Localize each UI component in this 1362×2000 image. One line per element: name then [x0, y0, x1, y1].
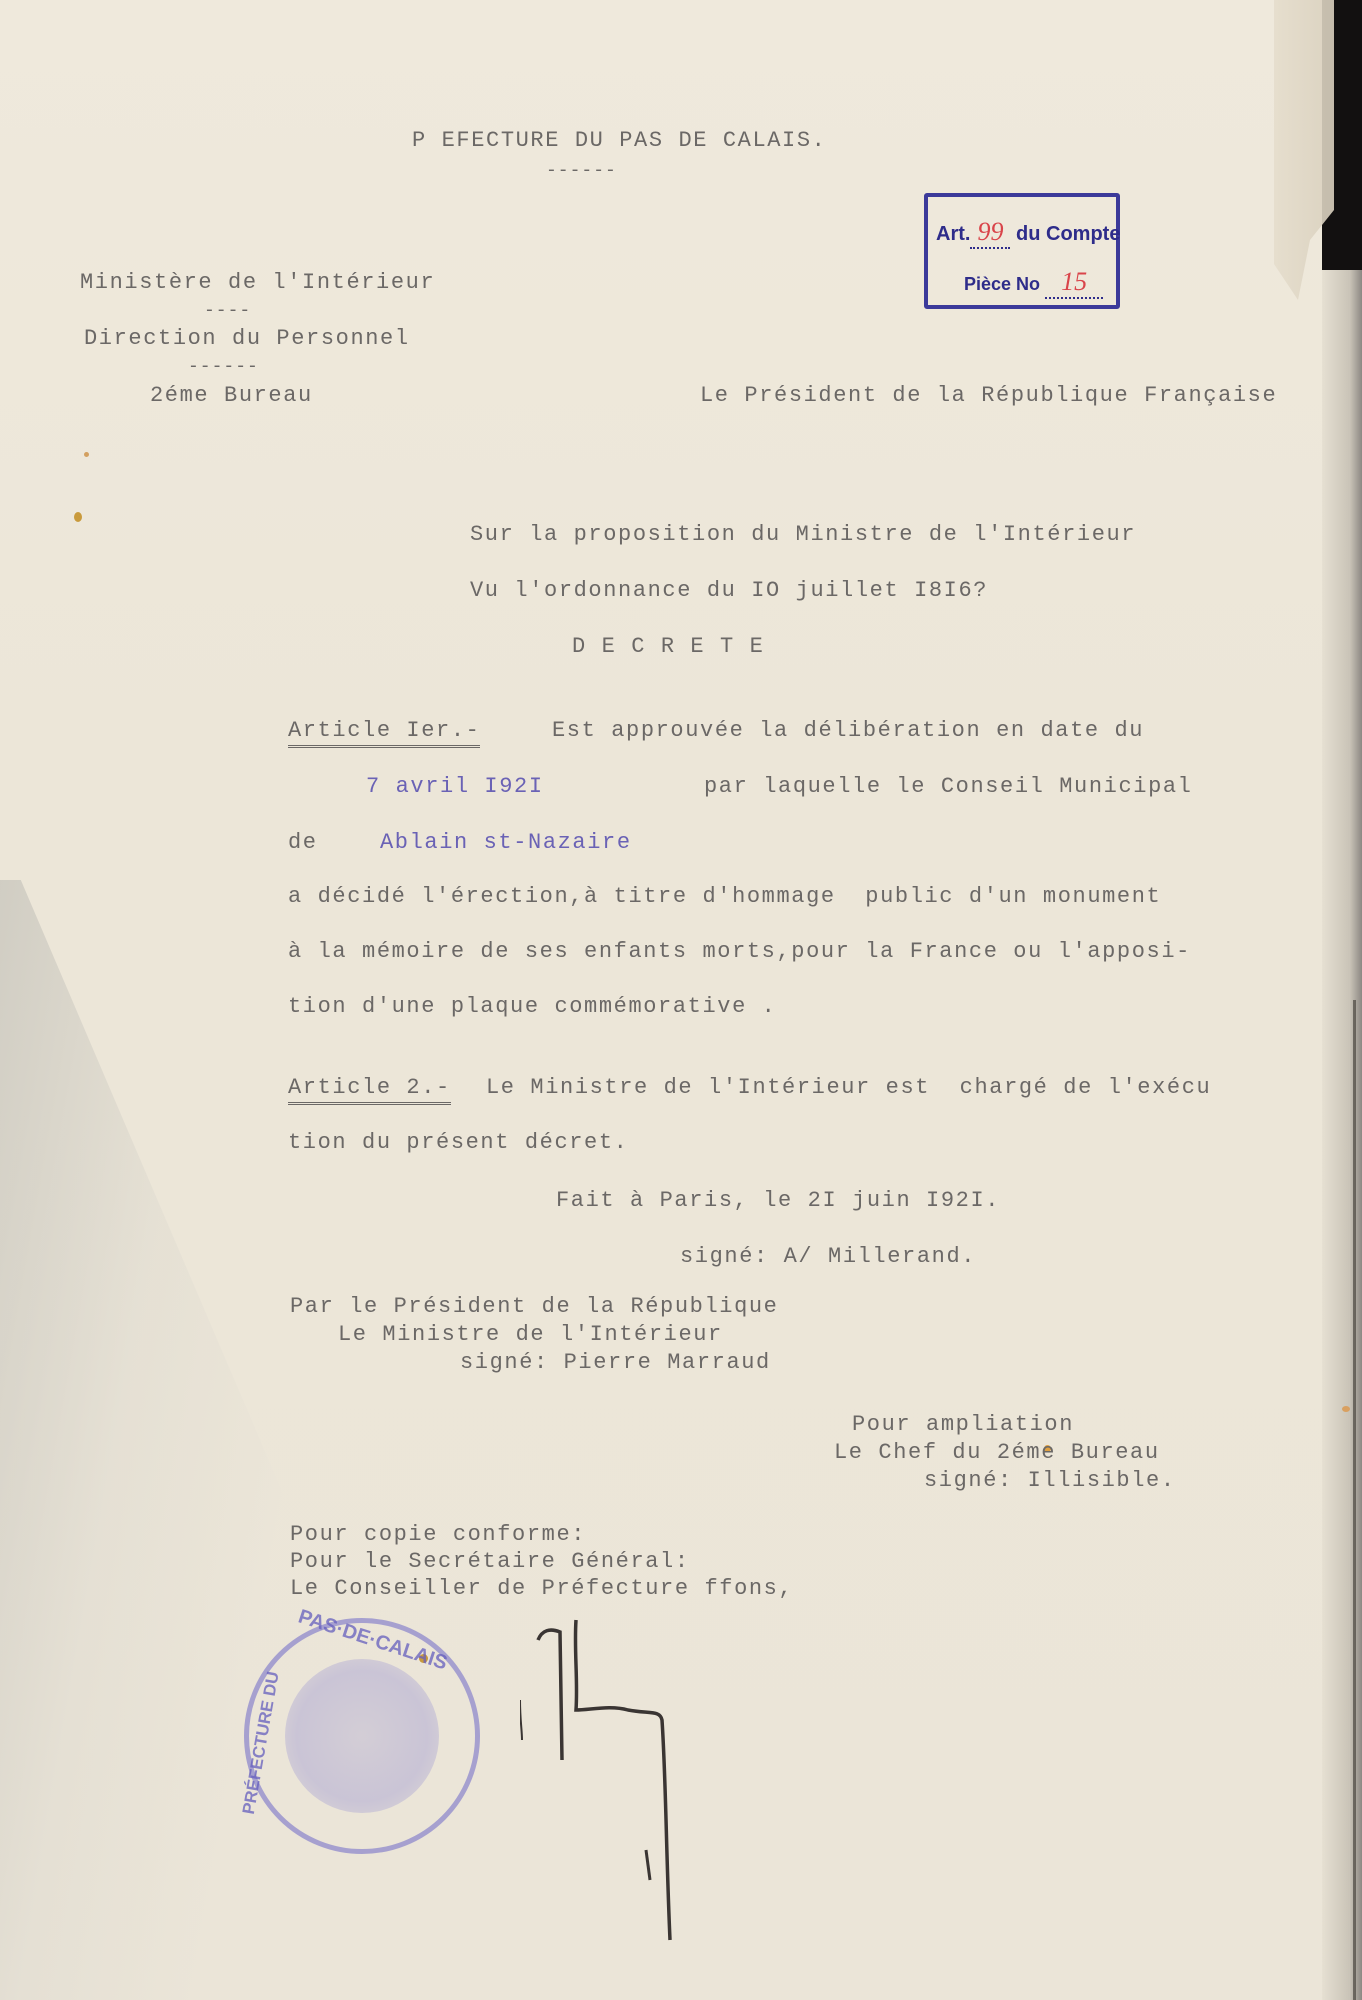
prefecture-title: P EFECTURE DU PAS DE CALAIS.	[412, 128, 826, 154]
article2-label: Article 2.-	[288, 1075, 451, 1105]
ampliation-line2: Le Chef du 2éme Bureau	[834, 1440, 1160, 1466]
stamp-piece-row: Pièce No 15	[964, 267, 1103, 299]
article2-text: Le Ministre de l'Intérieur est chargé de…	[486, 1075, 1211, 1101]
article1-line4: a décidé l'érection,à titre d'hommage pu…	[288, 884, 1161, 910]
title-rule: ------	[546, 158, 617, 184]
stamp-du-compte-label: du Compte	[1016, 223, 1120, 245]
article2-line2: tion du présent décret.	[288, 1130, 628, 1156]
bureau-name: 2éme Bureau	[150, 383, 313, 409]
countersign-line2: Le Ministre de l'Intérieur	[338, 1322, 723, 1348]
seal-emblem	[285, 1659, 439, 1813]
handwritten-signature	[520, 1610, 700, 1970]
ampliation-line3: signé: Illisible.	[924, 1468, 1176, 1494]
right-edge-shadow	[1353, 1000, 1356, 2000]
certification-line2: Pour le Secrétaire Général:	[290, 1549, 690, 1575]
right-edge-strip	[1322, 270, 1362, 2000]
stamp-art-value: 99	[977, 217, 1003, 246]
prefecture-seal-stamp: PAS·DE·CALAIS PRÉFECTURE DU	[244, 1618, 480, 1854]
place-date: Fait à Paris, le 2I juin I92I.	[556, 1188, 1000, 1214]
article1-line5: à la mémoire de ses enfants morts,pour l…	[288, 939, 1191, 965]
president-heading: Le Président de la République Française	[700, 383, 1277, 409]
document-page: P EFECTURE DU PAS DE CALAIS. ------ Art.…	[0, 0, 1362, 2000]
article1-label: Article Ier.-	[288, 718, 480, 748]
stamp-piece-value: 15	[1061, 267, 1087, 296]
direction-name: Direction du Personnel	[84, 326, 410, 352]
article1-text: Est approuvée la délibération en date du	[552, 718, 1144, 744]
preamble-proposition: Sur la proposition du Ministre de l'Inté…	[470, 522, 1136, 548]
certification-line1: Pour copie conforme:	[290, 1522, 586, 1548]
account-stamp: Art.99 du Compte Pièce No 15	[924, 193, 1120, 309]
ministry-rule: ----	[204, 298, 251, 324]
ministry-name: Ministère de l'Intérieur	[80, 270, 435, 296]
article1-conseil: par laquelle le Conseil Municipal	[704, 774, 1192, 800]
ampliation-line1: Pour ampliation	[852, 1412, 1074, 1438]
stamp-art-row: Art.99 du Compte	[936, 217, 1120, 249]
countersign-line1: Par le Président de la République	[290, 1294, 778, 1320]
rust-stain	[74, 512, 82, 522]
president-signature: signé: A/ Millerand.	[680, 1244, 976, 1270]
article1-de: de	[288, 830, 318, 856]
rust-stain	[84, 452, 89, 457]
rust-stain	[1342, 1406, 1350, 1412]
stamp-piece-label: Pièce No	[964, 274, 1040, 294]
decree-word: D E C R E T E	[572, 634, 764, 660]
stamp-art-label: Art.	[936, 223, 970, 245]
countersign-line3: signé: Pierre Marraud	[460, 1350, 771, 1376]
preamble-ordonnance: Vu l'ordonnance du IO juillet I8I6?	[470, 578, 988, 604]
paper-fold	[0, 880, 520, 2000]
deliberation-date: 7 avril I92I	[366, 774, 544, 800]
direction-rule: ------	[188, 354, 259, 380]
article1-line6: tion d'une plaque commémorative .	[288, 994, 776, 1020]
certification-line3: Le Conseiller de Préfecture ffons,	[290, 1576, 793, 1602]
commune-name: Ablain st-Nazaire	[380, 830, 632, 856]
